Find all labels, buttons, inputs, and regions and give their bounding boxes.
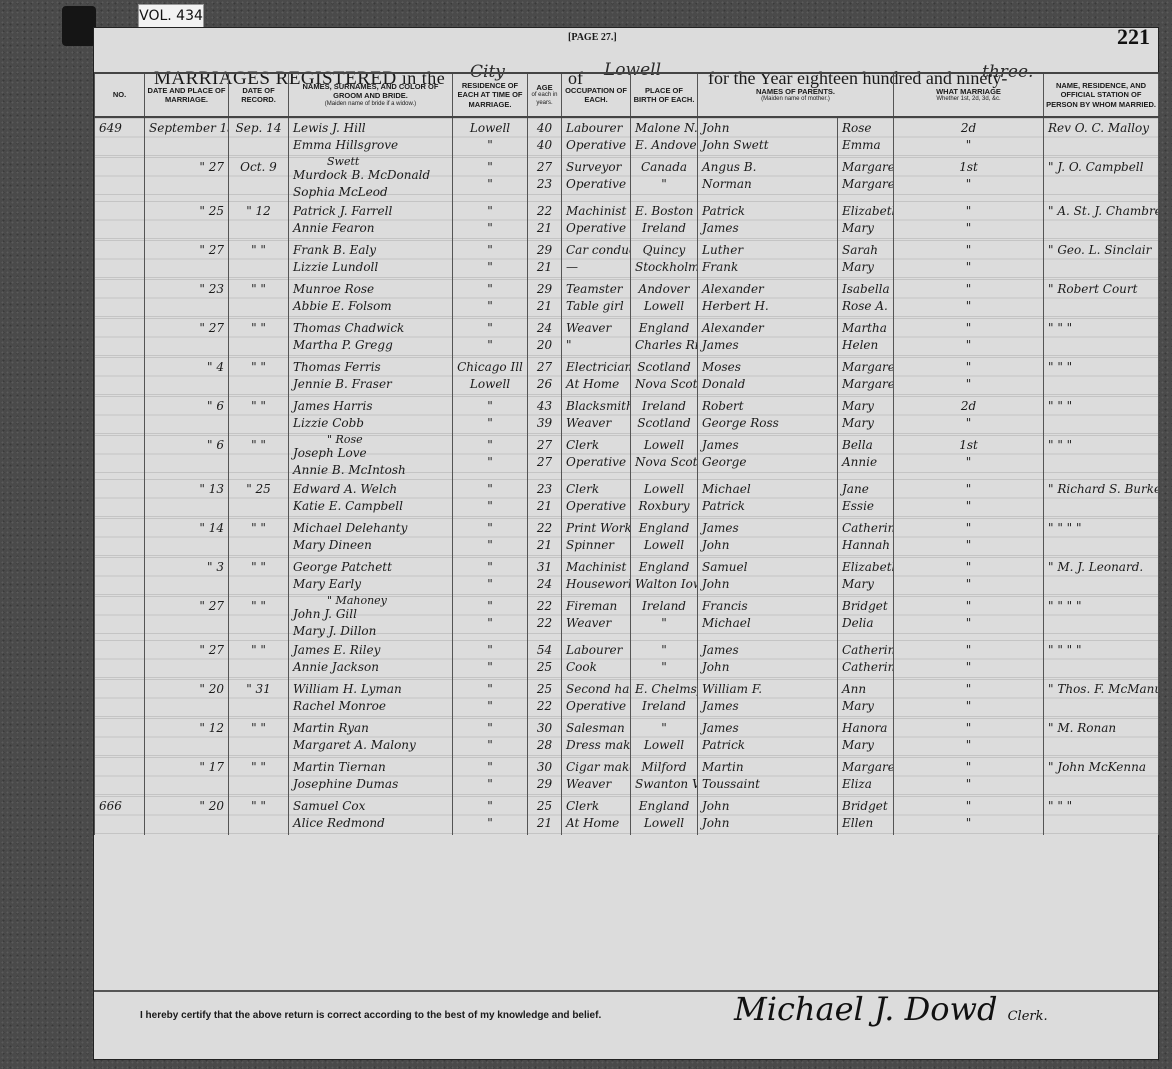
residence-cell: "" — [453, 557, 528, 596]
record-date-cell: Oct. 9 — [229, 157, 289, 201]
officiant-cell: " M. J. Leonard. — [1044, 557, 1159, 596]
record-date: " " — [233, 320, 284, 337]
groom-residence: " — [457, 242, 523, 259]
bride-mother: Mary — [842, 259, 889, 276]
bride-birthplace: Ireland — [635, 698, 693, 715]
record-date: " 31 — [233, 681, 284, 698]
bride-marriage-number: " — [898, 176, 1039, 193]
bride-occupation: Operative — [566, 454, 626, 471]
birthplace-cell: Canada" — [631, 157, 698, 201]
officiant-cell: " Robert Court — [1044, 279, 1159, 318]
bride-marriage-number: " — [898, 220, 1039, 237]
table-row: " 23" "Munroe RoseAbbie E. Folsom""2921T… — [95, 279, 1159, 318]
bride-name: Sophia McLeod — [293, 184, 448, 201]
bride-age: 28 — [532, 737, 557, 754]
bride-marriage-number: " — [898, 659, 1039, 676]
marriage-number-cell: "" — [894, 596, 1044, 640]
bride-mother: Mary — [842, 220, 889, 237]
groom-name: William H. Lyman — [293, 681, 448, 698]
column-header: Date of Record. — [229, 73, 289, 117]
occupation-cell: SurveyorOperative — [562, 157, 631, 201]
officiant-name: Rev O. C. Malloy — [1048, 120, 1154, 137]
bride-age: 22 — [532, 698, 557, 715]
bride-name: Mary Dineen — [293, 537, 448, 554]
officiant-cell: " " " — [1044, 396, 1159, 435]
age-cell: 2222 — [528, 596, 562, 640]
column-header-note: of each in years. — [530, 92, 559, 107]
groom-marriage-number: " — [898, 481, 1039, 498]
groom-occupation: Electrician — [566, 359, 626, 376]
age-cell: 2420 — [528, 318, 562, 357]
officiant-name: " " " — [1048, 798, 1154, 815]
bride-residence: " — [457, 220, 523, 237]
names-cell: Lewis J. HillEmma Hillsgrove — [289, 117, 453, 157]
bride-residence: " — [457, 259, 523, 276]
residence-cell: "" — [453, 396, 528, 435]
bride-name: Martha P. Gregg — [293, 337, 448, 354]
age-cell: 2921 — [528, 279, 562, 318]
groom-name: Frank B. Ealy — [293, 242, 448, 259]
bride-occupation: Spinner — [566, 537, 626, 554]
bride-age: 25 — [532, 659, 557, 676]
column-header-label: Date of Record. — [241, 86, 276, 104]
column-header-label: Age — [536, 83, 552, 92]
bride-mother: Mary — [842, 737, 889, 754]
binder-clip — [62, 6, 96, 46]
officiant-cell: " " " — [1044, 318, 1159, 357]
bride-father: Toussaint — [702, 776, 833, 793]
groom-father: Alexander — [702, 281, 833, 298]
bride-residence: Lowell — [457, 376, 523, 393]
residence-cell: Chicago IllLowell — [453, 357, 528, 396]
birthplace-cell: E. BostonIreland — [631, 201, 698, 240]
column-header-label: Names of Parents. — [756, 87, 835, 96]
groom-occupation: Labourer — [566, 120, 626, 137]
mothers-cell: MargaretEliza — [838, 757, 894, 796]
bride-maiden-name-note: Swett — [293, 157, 448, 167]
officiant-name: " Thos. F. McManus — [1048, 681, 1154, 698]
birthplace-cell: EnglandWalton Iowa — [631, 557, 698, 596]
occupation-cell: LabourerOperative — [562, 117, 631, 157]
mothers-cell: CatherineHannah — [838, 518, 894, 557]
groom-age: 30 — [532, 720, 557, 737]
mothers-cell: CatherineCatherine — [838, 640, 894, 679]
fathers-cell: JamesPatrick — [698, 718, 838, 757]
bride-marriage-number: " — [898, 415, 1039, 432]
birthplace-cell: "Lowell — [631, 718, 698, 757]
names-cell: James E. RileyAnnie Jackson — [289, 640, 453, 679]
bride-mother: Margaret — [842, 176, 889, 193]
groom-occupation: Weaver — [566, 320, 626, 337]
groom-father: John — [702, 798, 833, 815]
mothers-cell: BridgetDelia — [838, 596, 894, 640]
volume-label: VOL. 434 — [138, 4, 204, 28]
marriage-number-cell: "" — [894, 640, 1044, 679]
occupation-cell: MachinistOperative — [562, 201, 631, 240]
residence-cell: "" — [453, 518, 528, 557]
birthplace-cell: AndoverLowell — [631, 279, 698, 318]
bride-age: 26 — [532, 376, 557, 393]
record-number-cell — [95, 679, 145, 718]
fathers-cell: MosesDonald — [698, 357, 838, 396]
record-date-cell: " " — [229, 718, 289, 757]
marriage-number-cell: "" — [894, 201, 1044, 240]
marriage-register-table: No.Date and Place of Marriage.Date of Re… — [94, 72, 1159, 835]
bride-age: 21 — [532, 220, 557, 237]
groom-occupation: Labourer — [566, 642, 626, 659]
record-number-cell — [95, 357, 145, 396]
bride-name: Mary Early — [293, 576, 448, 593]
bride-occupation: Dress maker — [566, 737, 626, 754]
signature-name: Michael J. Dowd — [734, 990, 997, 1028]
bride-mother: Catherine — [842, 659, 889, 676]
age-cell: 4040 — [528, 117, 562, 157]
bride-age: 29 — [532, 776, 557, 793]
column-header-label: Occupation of Each. — [565, 86, 627, 104]
groom-mother: Hanora — [842, 720, 889, 737]
groom-mother: Martha — [842, 320, 889, 337]
groom-residence: " — [457, 598, 523, 615]
bride-age: 21 — [532, 259, 557, 276]
officiant-cell: " John McKenna — [1044, 757, 1159, 796]
bride-occupation: — — [566, 259, 626, 276]
officiant-cell: " M. Ronan — [1044, 718, 1159, 757]
groom-mother: Mary — [842, 398, 889, 415]
bride-marriage-number: " — [898, 137, 1039, 154]
bride-father: Norman — [702, 176, 833, 193]
table-row: 666" 20" "Samuel CoxAlice Redmond""2521C… — [95, 796, 1159, 835]
bride-residence: " — [457, 337, 523, 354]
record-date-cell: " " — [229, 279, 289, 318]
record-number-cell — [95, 240, 145, 279]
column-header: Residence of Each at Time of Marriage. — [453, 73, 528, 117]
column-header-label: Name, Residence, and Official Station of… — [1046, 81, 1156, 109]
groom-residence: Lowell — [457, 120, 523, 137]
birthplace-cell: ScotlandNova Scotia — [631, 357, 698, 396]
marriage-date: " 4 — [149, 359, 224, 376]
mothers-cell: ElizabethMary — [838, 557, 894, 596]
bride-occupation: Operative — [566, 176, 626, 193]
mothers-cell: JaneEssie — [838, 479, 894, 518]
names-cell: " RoseJoseph LoveAnnie B. McIntosh — [289, 435, 453, 479]
marriage-number-cell: "" — [894, 557, 1044, 596]
marriage-date-cell: " 27 — [145, 240, 229, 279]
birthplace-cell: Ireland" — [631, 596, 698, 640]
column-header-label: Place of Birth of Each. — [634, 86, 695, 104]
residence-cell: "" — [453, 718, 528, 757]
bride-name: Annie B. McIntosh — [293, 462, 448, 479]
record-date-cell: " " — [229, 435, 289, 479]
record-date: " " — [233, 242, 284, 259]
age-cell: 4339 — [528, 396, 562, 435]
groom-name: Lewis J. Hill — [293, 120, 448, 137]
groom-birthplace: Malone N.Y. — [635, 120, 693, 137]
bride-occupation: Operative — [566, 220, 626, 237]
bride-mother: Helen — [842, 337, 889, 354]
record-date-cell: " " — [229, 757, 289, 796]
groom-birthplace: England — [635, 320, 693, 337]
bride-age: 20 — [532, 337, 557, 354]
table-row: " 27" "James E. RileyAnnie Jackson""5425… — [95, 640, 1159, 679]
marriage-date-cell: " 17 — [145, 757, 229, 796]
occupation-cell: BlacksmithWeaver — [562, 396, 631, 435]
bride-occupation: Housework — [566, 576, 626, 593]
marriage-date: " 27 — [149, 320, 224, 337]
residence-cell: "" — [453, 679, 528, 718]
officiant-name: " Robert Court — [1048, 281, 1154, 298]
groom-age: 43 — [532, 398, 557, 415]
groom-marriage-number: 2d — [898, 120, 1039, 137]
column-header-label: Date and Place of Marriage. — [148, 86, 226, 104]
occupation-cell: ClerkOperative — [562, 435, 631, 479]
groom-age: 54 — [532, 642, 557, 659]
groom-birthplace: Quincy — [635, 242, 693, 259]
marriage-date-cell: " 3 — [145, 557, 229, 596]
column-header-label: Residence of Each at Time of Marriage. — [458, 81, 523, 109]
marriage-date: " 6 — [149, 437, 224, 454]
officiant-cell: " Richard S. Burke — [1044, 479, 1159, 518]
marriage-number-cell: "" — [894, 357, 1044, 396]
marriage-date-cell: " 27 — [145, 640, 229, 679]
groom-mother: Bridget — [842, 798, 889, 815]
residence-cell: "" — [453, 201, 528, 240]
names-cell: Martin TiernanJosephine Dumas — [289, 757, 453, 796]
bride-name: Lizzie Cobb — [293, 415, 448, 432]
bride-mother: Essie — [842, 498, 889, 515]
groom-residence: " — [457, 759, 523, 776]
bride-father: John — [702, 815, 833, 832]
column-header-label: Names, Surnames, and Color of Groom and … — [303, 82, 439, 100]
marriage-number-cell: 1st" — [894, 157, 1044, 201]
groom-father: Patrick — [702, 203, 833, 220]
occupation-cell: Print WorksSpinner — [562, 518, 631, 557]
marriage-number-cell: "" — [894, 240, 1044, 279]
birthplace-cell: IrelandScotland — [631, 396, 698, 435]
groom-age: 23 — [532, 481, 557, 498]
bride-birthplace: Lowell — [635, 815, 693, 832]
groom-father: James — [702, 520, 833, 537]
birthplace-cell: "" — [631, 640, 698, 679]
bride-occupation: Operative — [566, 137, 626, 154]
groom-name: James Harris — [293, 398, 448, 415]
officiant-name: " " " " — [1048, 642, 1154, 659]
groom-occupation: Print Works — [566, 520, 626, 537]
groom-occupation: Clerk — [566, 798, 626, 815]
bride-father: John — [702, 537, 833, 554]
names-cell: James HarrisLizzie Cobb — [289, 396, 453, 435]
groom-residence: " — [457, 481, 523, 498]
bride-mother: Delia — [842, 615, 889, 632]
groom-mother: Isabella — [842, 281, 889, 298]
bride-age: 24 — [532, 576, 557, 593]
groom-marriage-number: " — [898, 681, 1039, 698]
occupation-cell: Car conductor— — [562, 240, 631, 279]
record-date-cell: " " — [229, 796, 289, 835]
groom-mother: Elizabeth — [842, 559, 889, 576]
groom-father: James — [702, 437, 833, 454]
groom-name: George Patchett — [293, 559, 448, 576]
marriage-date-cell: " 6 — [145, 396, 229, 435]
occupation-cell: Weaver" — [562, 318, 631, 357]
residence-cell: "" — [453, 318, 528, 357]
occupation-cell: SalesmanDress maker — [562, 718, 631, 757]
table-row: " 13" 25Edward A. WelchKatie E. Campbell… — [95, 479, 1159, 518]
groom-name: James E. Riley — [293, 642, 448, 659]
column-header: Place of Birth of Each. — [631, 73, 698, 117]
groom-name: Munroe Rose — [293, 281, 448, 298]
occupation-cell: ClerkOperative — [562, 479, 631, 518]
groom-birthplace: " — [635, 642, 693, 659]
groom-mother: Margaret — [842, 159, 889, 176]
record-number-cell — [95, 435, 145, 479]
bride-marriage-number: " — [898, 698, 1039, 715]
mothers-cell: ElizabethMary — [838, 201, 894, 240]
bride-residence: " — [457, 815, 523, 832]
groom-mother: Ann — [842, 681, 889, 698]
officiant-cell: " " " — [1044, 435, 1159, 479]
record-date-cell: " " — [229, 240, 289, 279]
bride-name: Annie Jackson — [293, 659, 448, 676]
bride-age: 21 — [532, 498, 557, 515]
bride-residence: " — [457, 615, 523, 632]
groom-marriage-number: " — [898, 598, 1039, 615]
marriage-date-cell: " 12 — [145, 718, 229, 757]
bride-father: John Swett — [702, 137, 833, 154]
groom-mother: Bella — [842, 437, 889, 454]
table-row: " 4" "Thomas FerrisJennie B. FraserChica… — [95, 357, 1159, 396]
officiant-name: " J. O. Campbell — [1048, 159, 1154, 176]
groom-mother: Catherine — [842, 642, 889, 659]
age-cell: 2521 — [528, 796, 562, 835]
marriage-date-cell: " 25 — [145, 201, 229, 240]
bride-name: Alice Redmond — [293, 815, 448, 832]
bride-birthplace: Walton Iowa — [635, 576, 693, 593]
bride-mother: Mary — [842, 415, 889, 432]
birthplace-cell: LowellNova Scotia — [631, 435, 698, 479]
bride-birthplace: Lowell — [635, 298, 693, 315]
marriage-date-cell: " 6 — [145, 435, 229, 479]
mothers-cell: HanoraMary — [838, 718, 894, 757]
groom-residence: " — [457, 203, 523, 220]
residence-cell: "" — [453, 279, 528, 318]
bride-father: James — [702, 220, 833, 237]
column-header-label: What Marriage — [936, 87, 1001, 96]
mothers-cell: MargaretMargaret — [838, 157, 894, 201]
groom-residence: " — [457, 520, 523, 537]
names-cell: Edward A. WelchKatie E. Campbell — [289, 479, 453, 518]
groom-marriage-number: 2d — [898, 398, 1039, 415]
marriage-number-cell: "" — [894, 318, 1044, 357]
bride-birthplace: Nova Scotia — [635, 454, 693, 471]
fathers-cell: JamesGeorge — [698, 435, 838, 479]
marriage-date-cell: " 27 — [145, 596, 229, 640]
officiant-cell: " Geo. L. Sinclair — [1044, 240, 1159, 279]
groom-birthplace: England — [635, 559, 693, 576]
bride-residence: " — [457, 659, 523, 676]
groom-marriage-number: " — [898, 798, 1039, 815]
column-header-note: (Maiden name of bride if a widow.) — [291, 101, 450, 109]
groom-age: 27 — [532, 159, 557, 176]
bride-residence: " — [457, 137, 523, 154]
marriage-date-cell: " 4 — [145, 357, 229, 396]
marriage-date: " 27 — [149, 159, 224, 176]
record-date-cell: " " — [229, 396, 289, 435]
groom-name: Thomas Ferris — [293, 359, 448, 376]
bride-name: Emma Hillsgrove — [293, 137, 448, 154]
bride-residence: " — [457, 737, 523, 754]
residence-cell: "" — [453, 240, 528, 279]
bride-name: Jennie B. Fraser — [293, 376, 448, 393]
clerk-signature: Michael J. Dowd Clerk. — [734, 990, 1048, 1028]
marriage-date: " 17 — [149, 759, 224, 776]
occupation-cell: Second handOperative — [562, 679, 631, 718]
record-number-cell — [95, 157, 145, 201]
names-cell: Munroe RoseAbbie E. Folsom — [289, 279, 453, 318]
fathers-cell: AlexanderHerbert H. — [698, 279, 838, 318]
groom-marriage-number: " — [898, 520, 1039, 537]
names-cell: Samuel CoxAlice Redmond — [289, 796, 453, 835]
marriage-date: " 27 — [149, 598, 224, 615]
marriage-date: " 20 — [149, 681, 224, 698]
marriage-number-cell: 2d" — [894, 396, 1044, 435]
marriage-date: " 27 — [149, 242, 224, 259]
residence-cell: "" — [453, 479, 528, 518]
table-row: 649September 13Sep. 14Lewis J. HillEmma … — [95, 117, 1159, 157]
bride-father: George Ross — [702, 415, 833, 432]
birthplace-cell: LowellRoxbury — [631, 479, 698, 518]
groom-age: 22 — [532, 520, 557, 537]
birthplace-cell: QuincyStockholm N.Y. — [631, 240, 698, 279]
groom-birthplace: Andover — [635, 281, 693, 298]
page-reference: [PAGE 27.] — [568, 32, 617, 43]
record-date-cell: " " — [229, 557, 289, 596]
officiant-cell: Rev O. C. Malloy — [1044, 117, 1159, 157]
bride-mother: Annie — [842, 454, 889, 471]
bride-age: 22 — [532, 615, 557, 632]
record-date: " " — [233, 520, 284, 537]
groom-father: William F. — [702, 681, 833, 698]
record-number-cell — [95, 396, 145, 435]
residence-cell: "" — [453, 435, 528, 479]
bride-occupation: Operative — [566, 498, 626, 515]
bride-age: 39 — [532, 415, 557, 432]
bride-occupation: Weaver — [566, 776, 626, 793]
bride-father: Frank — [702, 259, 833, 276]
groom-age: 40 — [532, 120, 557, 137]
bride-residence: " — [457, 537, 523, 554]
marriage-date: " 25 — [149, 203, 224, 220]
age-cell: 2321 — [528, 479, 562, 518]
bride-residence: " — [457, 776, 523, 793]
groom-name: Edward A. Welch — [293, 481, 448, 498]
column-header-label: No. — [113, 90, 126, 99]
register-page: 221 [PAGE 27.] MARRIAGES REGISTERED in t… — [94, 28, 1158, 1059]
names-cell: Patrick J. FarrellAnnie Fearon — [289, 201, 453, 240]
bride-maiden-name-note: " Mahoney — [293, 596, 448, 606]
bride-marriage-number: " — [898, 454, 1039, 471]
bride-father: Herbert H. — [702, 298, 833, 315]
bride-marriage-number: " — [898, 815, 1039, 832]
table-row: " 12" "Martin RyanMargaret A. Malony""30… — [95, 718, 1159, 757]
fathers-cell: William F.James — [698, 679, 838, 718]
mothers-cell: BellaAnnie — [838, 435, 894, 479]
marriage-date-cell: " 27 — [145, 318, 229, 357]
groom-occupation: Machinist — [566, 203, 626, 220]
groom-father: Moses — [702, 359, 833, 376]
names-cell: Martin RyanMargaret A. Malony — [289, 718, 453, 757]
names-cell: Michael DelehantyMary Dineen — [289, 518, 453, 557]
officiant-name: " John McKenna — [1048, 759, 1154, 776]
